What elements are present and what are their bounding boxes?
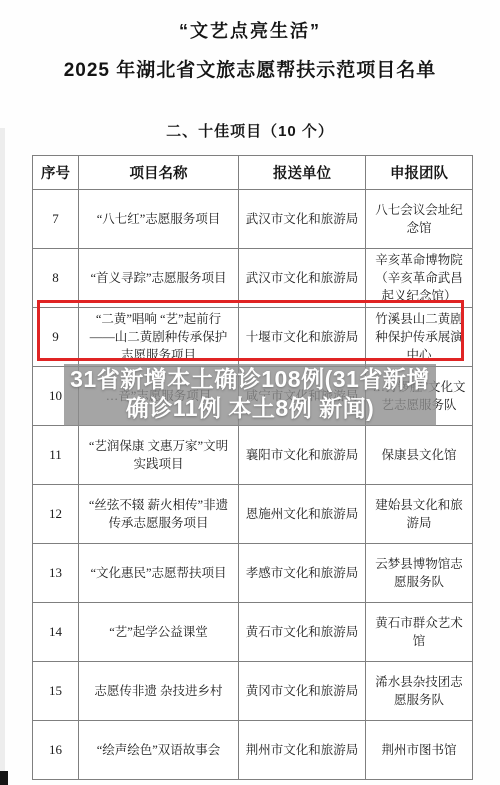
cell-team: 保康县文化馆 xyxy=(366,426,473,485)
cell-name: “丝弦不辍 薪火相传”非遗传承志愿服务项目 xyxy=(79,485,239,544)
cell-unit: 襄阳市文化和旅游局 xyxy=(239,426,366,485)
section-title: 二、十佳项目（10 个） xyxy=(0,120,500,141)
cell-team: 建始县文化和旅游局 xyxy=(366,485,473,544)
news-caption-line2: 确诊11例 本土8例 新闻) xyxy=(0,394,500,423)
cell-num: 12 xyxy=(33,485,79,544)
cell-name: “绘声绘色”双语故事会 xyxy=(79,721,239,780)
cell-name: “艺”起学公益课堂 xyxy=(79,603,239,662)
table-row: 16 “绘声绘色”双语故事会 荆州市文化和旅游局 荆州市图书馆 xyxy=(33,721,473,780)
cell-unit: 黄冈市文化和旅游局 xyxy=(239,662,366,721)
cell-name: “八七红”志愿服务项目 xyxy=(79,190,239,249)
news-caption-line1: 31省新增本土确诊108例(31省新增 xyxy=(0,365,500,394)
cell-name: 志愿传非遗 杂技进乡村 xyxy=(79,662,239,721)
table-row: 11 “艺润保康 文惠万家”文明实践项目 襄阳市文化和旅游局 保康县文化馆 xyxy=(33,426,473,485)
cell-name: “艺润保康 文惠万家”文明实践项目 xyxy=(79,426,239,485)
cell-team: 荆州市图书馆 xyxy=(366,721,473,780)
header-cell-num: 序号 xyxy=(33,156,79,190)
cell-team: 竹溪县山二黄剧种保护传承展演中心 xyxy=(366,308,473,367)
table-header-row: 序号 项目名称 报送单位 申报团队 xyxy=(33,156,473,190)
cell-team: 云梦县博物馆志愿服务队 xyxy=(366,544,473,603)
table-row: 7 “八七红”志愿服务项目 武汉市文化和旅游局 八七会议会址纪念馆 xyxy=(33,190,473,249)
page-title-main: 2025 年湖北省文旅志愿帮扶示范项目名单 xyxy=(0,55,500,82)
cell-unit: 黄石市文化和旅游局 xyxy=(239,603,366,662)
cell-unit: 武汉市文化和旅游局 xyxy=(239,190,366,249)
cell-num: 7 xyxy=(33,190,79,249)
cell-name: “文化惠民”志愿帮扶项目 xyxy=(79,544,239,603)
cell-team: 八七会议会址纪念馆 xyxy=(366,190,473,249)
cell-team: 辛亥革命博物院（辛亥革命武昌起义纪念馆） xyxy=(366,249,473,308)
cell-num: 16 xyxy=(33,721,79,780)
cell-num: 9 xyxy=(33,308,79,367)
cell-unit: 武汉市文化和旅游局 xyxy=(239,249,366,308)
cell-unit: 孝感市文化和旅游局 xyxy=(239,544,366,603)
page-title-slogan: “文艺点亮生活” xyxy=(0,0,500,43)
table-row: 13 “文化惠民”志愿帮扶项目 孝感市文化和旅游局 云梦县博物馆志愿服务队 xyxy=(33,544,473,603)
cell-num: 15 xyxy=(33,662,79,721)
cell-name: “首义寻踪”志愿服务项目 xyxy=(79,249,239,308)
cell-team: 黄石市群众艺术馆 xyxy=(366,603,473,662)
cell-unit: 恩施州文化和旅游局 xyxy=(239,485,366,544)
header-cell-name: 项目名称 xyxy=(79,156,239,190)
news-caption-text: 31省新增本土确诊108例(31省新增 确诊11例 本土8例 新闻) xyxy=(0,365,500,424)
cell-num: 13 xyxy=(33,544,79,603)
table-row: 14 “艺”起学公益课堂 黄石市文化和旅游局 黄石市群众艺术馆 xyxy=(33,603,473,662)
cell-name: “二黄”唱响 “艺”起前行——山二黄剧种传承保护志愿服务项目 xyxy=(79,308,239,367)
header-cell-unit: 报送单位 xyxy=(239,156,366,190)
table-header: 序号 项目名称 报送单位 申报团队 xyxy=(33,156,473,190)
cell-unit: 十堰市文化和旅游局 xyxy=(239,308,366,367)
header-cell-team: 申报团队 xyxy=(366,156,473,190)
cell-unit: 荆州市文化和旅游局 xyxy=(239,721,366,780)
page-edge-shadow xyxy=(0,128,5,773)
table-row: 12 “丝弦不辍 薪火相传”非遗传承志愿服务项目 恩施州文化和旅游局 建始县文化… xyxy=(33,485,473,544)
document-page: “文艺点亮生活” 2025 年湖北省文旅志愿帮扶示范项目名单 二、十佳项目（10… xyxy=(0,0,500,785)
cell-num: 11 xyxy=(33,426,79,485)
scan-corner-artifact xyxy=(0,771,8,785)
table-body: 7 “八七红”志愿服务项目 武汉市文化和旅游局 八七会议会址纪念馆 8 “首义寻… xyxy=(33,190,473,780)
projects-table: 序号 项目名称 报送单位 申报团队 7 “八七红”志愿服务项目 武汉市文化和旅游… xyxy=(32,155,473,780)
table-row: 15 志愿传非遗 杂技进乡村 黄冈市文化和旅游局 浠水县杂技团志愿服务队 xyxy=(33,662,473,721)
table-row: 9 “二黄”唱响 “艺”起前行——山二黄剧种传承保护志愿服务项目 十堰市文化和旅… xyxy=(33,308,473,367)
table-row: 8 “首义寻踪”志愿服务项目 武汉市文化和旅游局 辛亥革命博物院（辛亥革命武昌起… xyxy=(33,249,473,308)
cell-num: 14 xyxy=(33,603,79,662)
cell-team: 浠水县杂技团志愿服务队 xyxy=(366,662,473,721)
cell-num: 8 xyxy=(33,249,79,308)
